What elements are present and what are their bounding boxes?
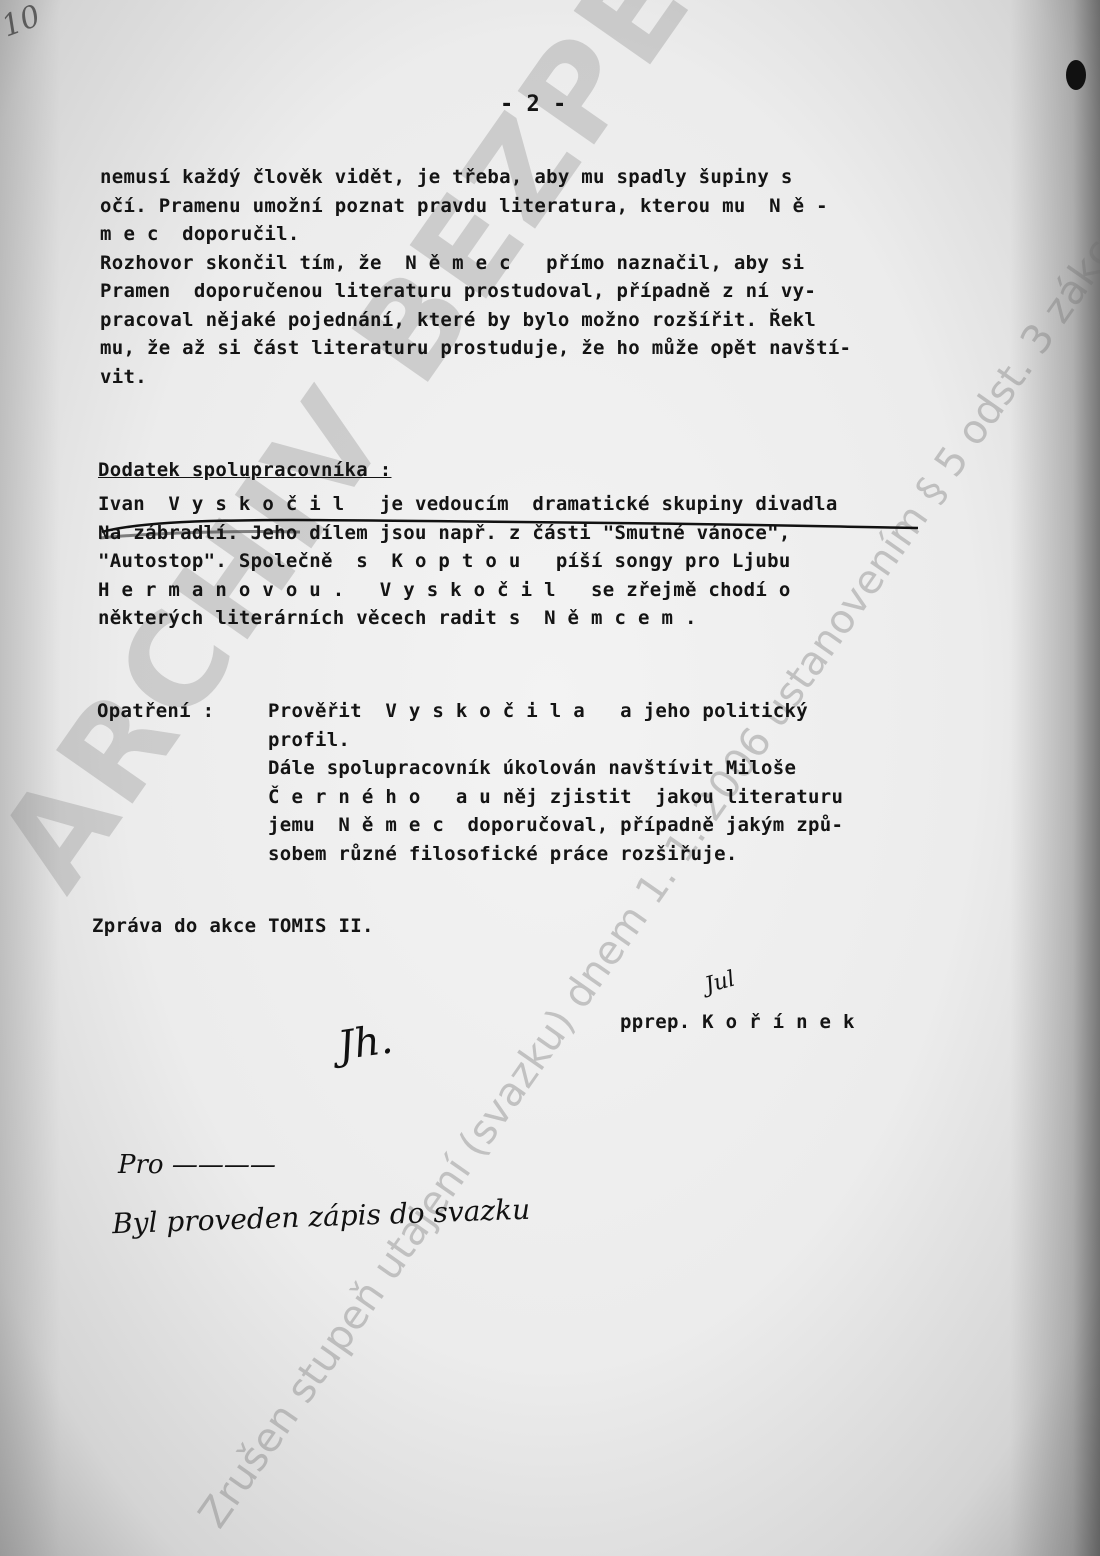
handwritten-initials: Jul bbox=[702, 967, 737, 999]
handwritten-note-line-2: Byl proveden zápis do svazku bbox=[112, 1193, 531, 1241]
handwritten-note-line-1: Pro ———— bbox=[118, 1150, 276, 1180]
paragraph-addendum: Ivan V y s k o č i l je vedoucím dramati… bbox=[98, 490, 838, 633]
report-line: Zpráva do akce TOMIS II. bbox=[92, 912, 374, 941]
paragraph-conversation: nemusí každý člověk vidět, je třeba, aby… bbox=[100, 163, 851, 391]
section-heading: Dodatek spolupracovníka : bbox=[98, 456, 391, 485]
page-number: - 2 - bbox=[500, 92, 566, 117]
signer-name: pprep. K o ř í n e k bbox=[620, 1008, 855, 1037]
measures-label: Opatření : bbox=[97, 697, 214, 726]
handwritten-signature: Jh. bbox=[335, 1016, 395, 1069]
punch-hole bbox=[1066, 60, 1086, 90]
measures-text: Prověřit V y s k o č i l a a jeho politi… bbox=[268, 697, 843, 868]
scanned-document-page: 10 ARCHIV BEZPEČNOSTNÍCH SLOŽEK Zrušen s… bbox=[0, 0, 1100, 1556]
